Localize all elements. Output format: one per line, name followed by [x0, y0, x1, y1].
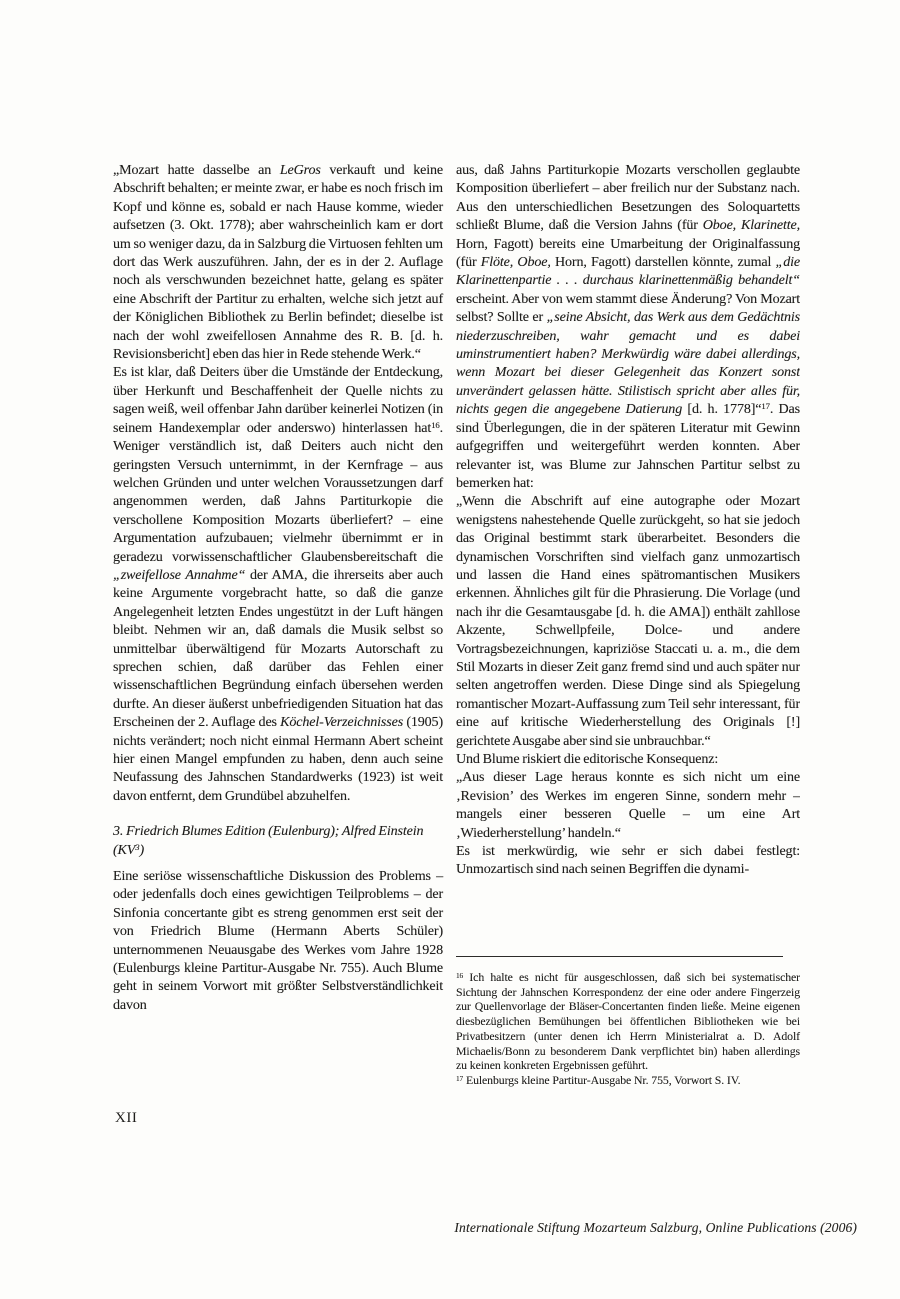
right-column: aus, daß Jahns Partiturkopie Mozarts ver…	[456, 161, 800, 879]
footer-credit: Internationale Stiftung Mozarteum Salzbu…	[454, 1220, 857, 1236]
footnote-16: 16 Ich halte es nicht für ausgeschlossen…	[456, 970, 800, 1073]
footnote-17: 17 Eulenburgs kleine Partitur-Ausgabe Nr…	[456, 1073, 800, 1088]
footnotes-section: 16 Ich halte es nicht für ausgeschlossen…	[456, 956, 800, 1088]
scanned-book-page: „Mozart hatte dasselbe an LeGros verkauf…	[0, 0, 900, 1299]
paragraph-blume-intro: Eine seriöse wissenschaftliche Diskussio…	[113, 867, 443, 1014]
footnote-divider	[456, 956, 783, 957]
paragraph-blume-zitat: „Wenn die Abschrift auf eine autographe …	[456, 492, 800, 750]
paragraph-deiters: Es ist klar, daß Deiters über die Umstän…	[113, 363, 443, 805]
left-column: „Mozart hatte dasselbe an LeGros verkauf…	[113, 161, 443, 1014]
paragraph-merkwuerdig: Es ist merkwürdig, wie sehr er sich dabe…	[456, 842, 800, 879]
page-number: XII	[115, 1110, 137, 1127]
paragraph-quote-jahn: „Mozart hatte dasselbe an LeGros verkauf…	[113, 161, 443, 363]
paragraph-besetzungen: aus, daß Jahns Partiturkopie Mozarts ver…	[456, 161, 800, 492]
paragraph-konsequenz-intro: Und Blume riskiert die editorische Konse…	[456, 750, 800, 768]
paragraph-konsequenz-zitat: „Aus dieser Lage heraus konnte es sich n…	[456, 768, 800, 842]
section-heading: 3. Friedrich Blumes Edition (Eulenburg);…	[113, 822, 443, 859]
